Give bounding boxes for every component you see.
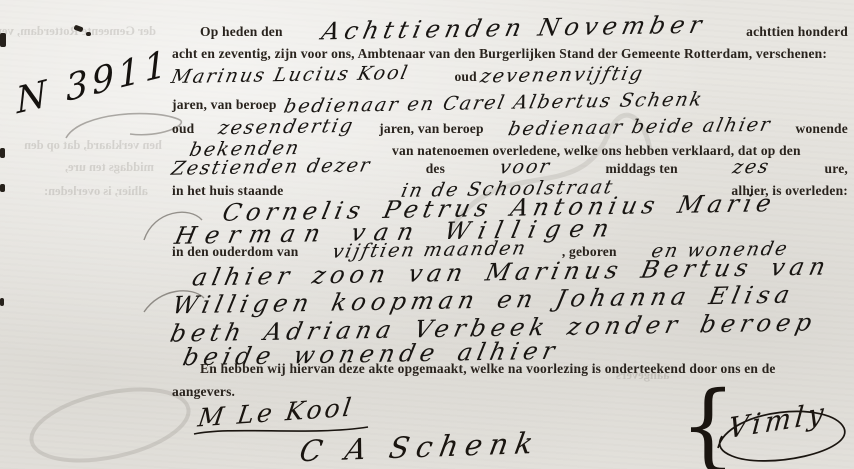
handwritten-witness2-age: zesendertig [217, 115, 357, 139]
scan-artifact [0, 148, 5, 158]
printed-des: des [426, 161, 445, 177]
handwritten-occupation-witness2: bedienaar en Carel Albertus Schenk [281, 88, 705, 117]
line-witness2: jaren, van beroep bedienaar en Carel Alb… [172, 92, 848, 114]
printed-ambtenaar: acht en zeventig, zijn voor ons, Ambtena… [172, 46, 827, 62]
death-certificate-scan: N 3911 der Gemeente Rotterdam, verschene… [0, 0, 854, 469]
printed-jaren-beroep: jaren, van beroep [379, 121, 484, 137]
scan-artifact [0, 298, 4, 306]
printed-ure: ure, [825, 161, 848, 177]
line-witness1: Marinus Lucius Kool oud zevenenvijftig [172, 64, 848, 86]
handwritten-witness1-age: zevenenvijftig [478, 63, 646, 88]
handwritten-witness1-name: Marinus Lucius Kool [169, 62, 411, 88]
printed-achttien-honderd: achttien honderd [746, 24, 848, 40]
scan-artifact [0, 184, 5, 192]
bleedthrough-text: middags ten ure, [4, 160, 154, 175]
bleedthrough-text: hen verklaard, dat op den [2, 138, 162, 153]
act-number: N 3911 [15, 43, 172, 123]
printed-wonende: wonende [796, 121, 848, 137]
printed-oud: oud [454, 69, 476, 85]
line-witness2-age: oud zesendertig jaren, van beroep bedien… [172, 116, 848, 138]
handwritten-voor: voor [497, 156, 553, 179]
printed-op-heden: Op heden den [200, 24, 283, 40]
printed-aangevers: aangevers. [172, 384, 235, 400]
signature-brace: { [680, 382, 736, 469]
handwritten-date: Achttienden November [319, 11, 709, 46]
line-closing: En hebben wij hiervan deze akte opgemaak… [172, 361, 848, 377]
handwritten-hour: zes [730, 156, 772, 179]
bleedthrough-text: alhier, is overleden: [8, 184, 148, 199]
ink-spot [86, 32, 91, 36]
line-year-official: acht en zeventig, zijn voor ons, Ambtena… [172, 46, 848, 62]
handwritten-witness2-occupation: bedienaar beide alhier [506, 114, 774, 141]
printed-jaren-beroep: jaren, van beroep [172, 97, 277, 113]
official-signature: Vimly [727, 396, 829, 446]
line-date: Op heden den Achttienden November achtti… [172, 14, 848, 42]
line-death-time: Zestienden dezer des voor middags ten ze… [172, 156, 848, 178]
scan-artifact [0, 33, 6, 47]
printed-oud: oud [172, 121, 194, 137]
witness-signature-2: C A Schenk [297, 426, 543, 469]
printed-middags-ten: middags ten [605, 161, 677, 177]
handwritten-death-day: Zestienden dezer [169, 154, 373, 179]
